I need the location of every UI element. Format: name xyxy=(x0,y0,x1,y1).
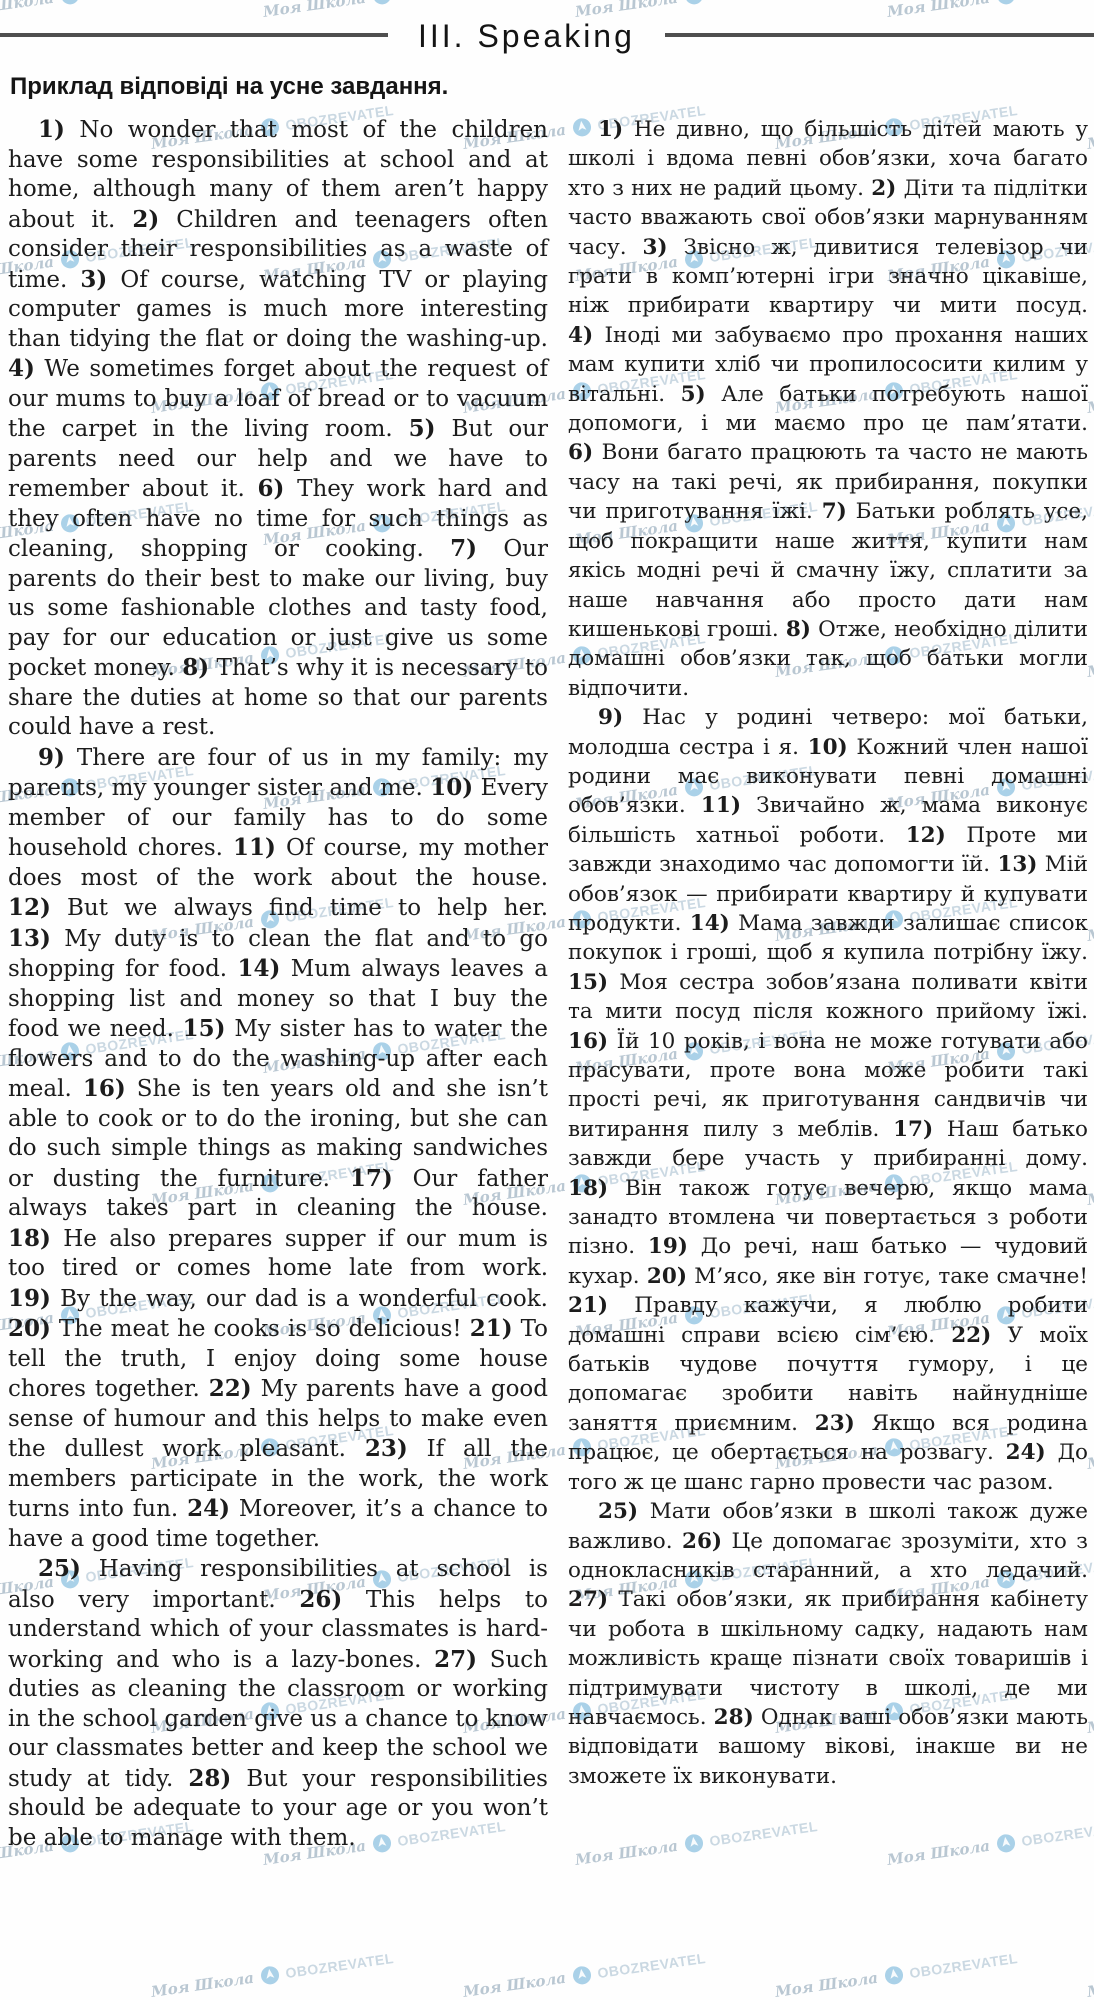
sentence-number: 14) xyxy=(690,911,730,936)
sentence-number: 1) xyxy=(598,117,623,142)
sentence-number: 23) xyxy=(365,1435,408,1462)
sentence-number: 15) xyxy=(568,970,608,995)
sentence-number: 15) xyxy=(183,1015,226,1042)
sentence-number: 26) xyxy=(299,1586,342,1613)
paragraph: 25) Мати обов’язки в школі також дуже ва… xyxy=(568,1497,1088,1791)
ukrainian-column: 1) Не дивно, що більшість дітей мають у … xyxy=(568,115,1088,1853)
paragraph: 1) Не дивно, що більшість дітей мають у … xyxy=(568,115,1088,703)
sentence-number: 24) xyxy=(187,1495,230,1522)
obozrevatel-logo-icon xyxy=(882,1964,905,1987)
watermark: Моя ШколаOBOZREVATEL xyxy=(774,1948,1019,2000)
textbook-page: Моя ШколаOBOZREVATELМоя ШколаOBOZREVATEL… xyxy=(0,0,1094,2000)
sentence-number: 16) xyxy=(568,1029,608,1054)
page-title: III. Speaking xyxy=(418,18,635,55)
sentence-number: 27) xyxy=(434,1646,477,1673)
sentence-number: 7) xyxy=(822,499,847,524)
watermark: Моя ШколаOBOZREVATEL xyxy=(150,1948,395,2000)
watermark-caps-text: OBOZREVATEL xyxy=(596,1950,706,1981)
sentence-number: 8) xyxy=(786,617,811,642)
watermark-script-text: Моя Школа xyxy=(150,1969,255,2000)
sentence-number: 7) xyxy=(450,535,477,562)
sentence-number: 8) xyxy=(182,654,209,681)
paragraph: 1) No wonder that most of the children h… xyxy=(8,115,548,743)
obozrevatel-logo-icon xyxy=(570,1964,593,1987)
sentence-number: 6) xyxy=(568,440,593,465)
sentence-number: 19) xyxy=(648,1234,688,1259)
paragraph: 9) There are four of us in my family: my… xyxy=(8,743,548,1555)
page-subtitle: Приклад відповіді на усне завдання. xyxy=(10,73,1094,101)
sentence-number: 12) xyxy=(8,894,51,921)
sentence-number: 21) xyxy=(470,1315,513,1342)
sentence-number: 25) xyxy=(598,1499,638,1524)
sentence-number: 12) xyxy=(906,823,946,848)
sentence-number: 9) xyxy=(598,705,623,730)
obozrevatel-logo-icon xyxy=(258,1964,281,1987)
sentence-number: 17) xyxy=(350,1165,393,1192)
sentence-number: 21) xyxy=(568,1293,608,1318)
sentence-number: 14) xyxy=(237,955,280,982)
sentence-number: 3) xyxy=(642,235,667,260)
content-columns: 1) No wonder that most of the children h… xyxy=(0,109,1094,1853)
sentence-number: 4) xyxy=(568,323,593,348)
paragraph: 25) Having responsibilities at school is… xyxy=(8,1554,548,1853)
sentence-number: 6) xyxy=(258,475,285,502)
paragraph: 9) Нас у родині четверо: мої батьки, мол… xyxy=(568,703,1088,1497)
english-column: 1) No wonder that most of the children h… xyxy=(8,115,548,1853)
sentence-number: 27) xyxy=(568,1587,608,1612)
sentence-number: 28) xyxy=(188,1765,231,1792)
watermark-caps-text: OBOZREVATEL xyxy=(284,1950,394,1981)
watermark-caps-text: OBOZREVATEL xyxy=(908,1950,1018,1981)
sentence-number: 5) xyxy=(681,382,706,407)
sentence-number: 13) xyxy=(8,925,51,952)
watermark: Моя ШколаOBOZREVATEL xyxy=(1086,1948,1094,2000)
sentence-number: 2) xyxy=(871,176,896,201)
watermark-script-text: Моя Школа xyxy=(462,1969,567,2000)
sentence-number: 3) xyxy=(80,266,107,293)
sentence-number: 23) xyxy=(815,1411,855,1436)
sentence-number: 22) xyxy=(951,1323,991,1348)
sentence-number: 11) xyxy=(701,793,741,818)
sentence-number: 24) xyxy=(1006,1440,1046,1465)
sentence-number: 26) xyxy=(682,1529,722,1554)
sentence-number: 28) xyxy=(714,1705,754,1730)
sentence-number: 9) xyxy=(38,744,65,771)
watermark-script-text: Моя Школа xyxy=(774,1969,879,2000)
sentence-number: 11) xyxy=(233,834,276,861)
sentence-number: 10) xyxy=(430,774,473,801)
sentence-number: 18) xyxy=(8,1225,51,1252)
watermark-script-text: Моя Школа xyxy=(1086,1969,1094,2000)
header-rule-left xyxy=(0,33,388,37)
sentence-number: 10) xyxy=(808,735,848,760)
sentence-number: 1) xyxy=(38,116,65,143)
page-header: III. Speaking xyxy=(0,0,1094,53)
sentence-number: 16) xyxy=(83,1075,126,1102)
sentence-number: 20) xyxy=(647,1264,687,1289)
sentence-number: 5) xyxy=(409,415,436,442)
sentence-number: 22) xyxy=(209,1375,252,1402)
header-rule-right xyxy=(665,33,1094,37)
sentence-number: 25) xyxy=(38,1555,81,1582)
sentence-number: 2) xyxy=(132,206,159,233)
sentence-number: 13) xyxy=(997,852,1037,877)
watermark: Моя ШколаOBOZREVATEL xyxy=(462,1948,707,2000)
sentence-number: 4) xyxy=(8,355,35,382)
sentence-number: 20) xyxy=(8,1315,51,1342)
sentence-number: 19) xyxy=(8,1285,51,1312)
sentence-number: 18) xyxy=(568,1176,608,1201)
sentence-number: 17) xyxy=(893,1117,933,1142)
